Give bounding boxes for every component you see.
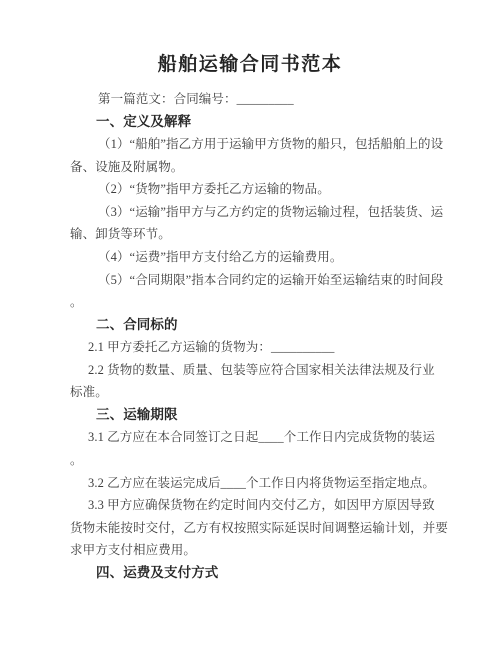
section-heading: 一、定义及解释 bbox=[70, 111, 448, 134]
document-line: （1）“船舶”指乙方用于运输甲方货物的船只，包括船舶上的设 bbox=[70, 133, 448, 156]
section-heading: 四、运费及支付方式 bbox=[70, 562, 448, 585]
document-line: 。 bbox=[70, 449, 448, 472]
document-line: 货物未能按时交付，乙方有权按照实际延误时间调整运输计划，并要 bbox=[70, 517, 448, 540]
document-line: 3.2 乙方应在装运完成后____个工作日内将货物运至指定地点。 bbox=[70, 472, 448, 495]
document-line: 。 bbox=[70, 291, 448, 314]
document-line: 第一篇范文：合同编号：_________ bbox=[70, 88, 448, 111]
document-line: 2.2 货物的数量、质量、包装等应符合国家相关法律法规及行业 bbox=[70, 359, 448, 382]
document-line: 3.3 甲方应确保货物在约定时间内交付乙方，如因甲方原因导致 bbox=[70, 494, 448, 517]
document-line: 备、设施及附属物。 bbox=[70, 156, 448, 179]
document-line: （5）“合同期限”指本合同约定的运输开始至运输结束的时间段 bbox=[70, 269, 448, 292]
document-line: 2.1 甲方委托乙方运输的货物为：__________ bbox=[70, 336, 448, 359]
document-line: （2）“货物”指甲方委托乙方运输的物品。 bbox=[70, 178, 448, 201]
document-line: （4）“运费”指甲方支付给乙方的运输费用。 bbox=[70, 246, 448, 269]
document-line: 求甲方支付相应费用。 bbox=[70, 539, 448, 562]
document-line: 输、卸货等环节。 bbox=[70, 223, 448, 246]
document-line: 3.1 乙方应在本合同签订之日起____个工作日内完成货物的装运 bbox=[70, 426, 448, 449]
document-page: 船舶运输合同书范本 第一篇范文：合同编号：_________一、定义及解释（1）… bbox=[0, 0, 500, 647]
document-title: 船舶运输合同书范本 bbox=[0, 52, 500, 78]
document-line: 标准。 bbox=[70, 381, 448, 404]
document-line: （3）“运输”指甲方与乙方约定的货物运输过程，包括装货、运 bbox=[70, 201, 448, 224]
section-heading: 二、合同标的 bbox=[70, 314, 448, 337]
section-heading: 三、运输期限 bbox=[70, 404, 448, 427]
document-body: 第一篇范文：合同编号：_________一、定义及解释（1）“船舶”指乙方用于运… bbox=[70, 88, 448, 584]
